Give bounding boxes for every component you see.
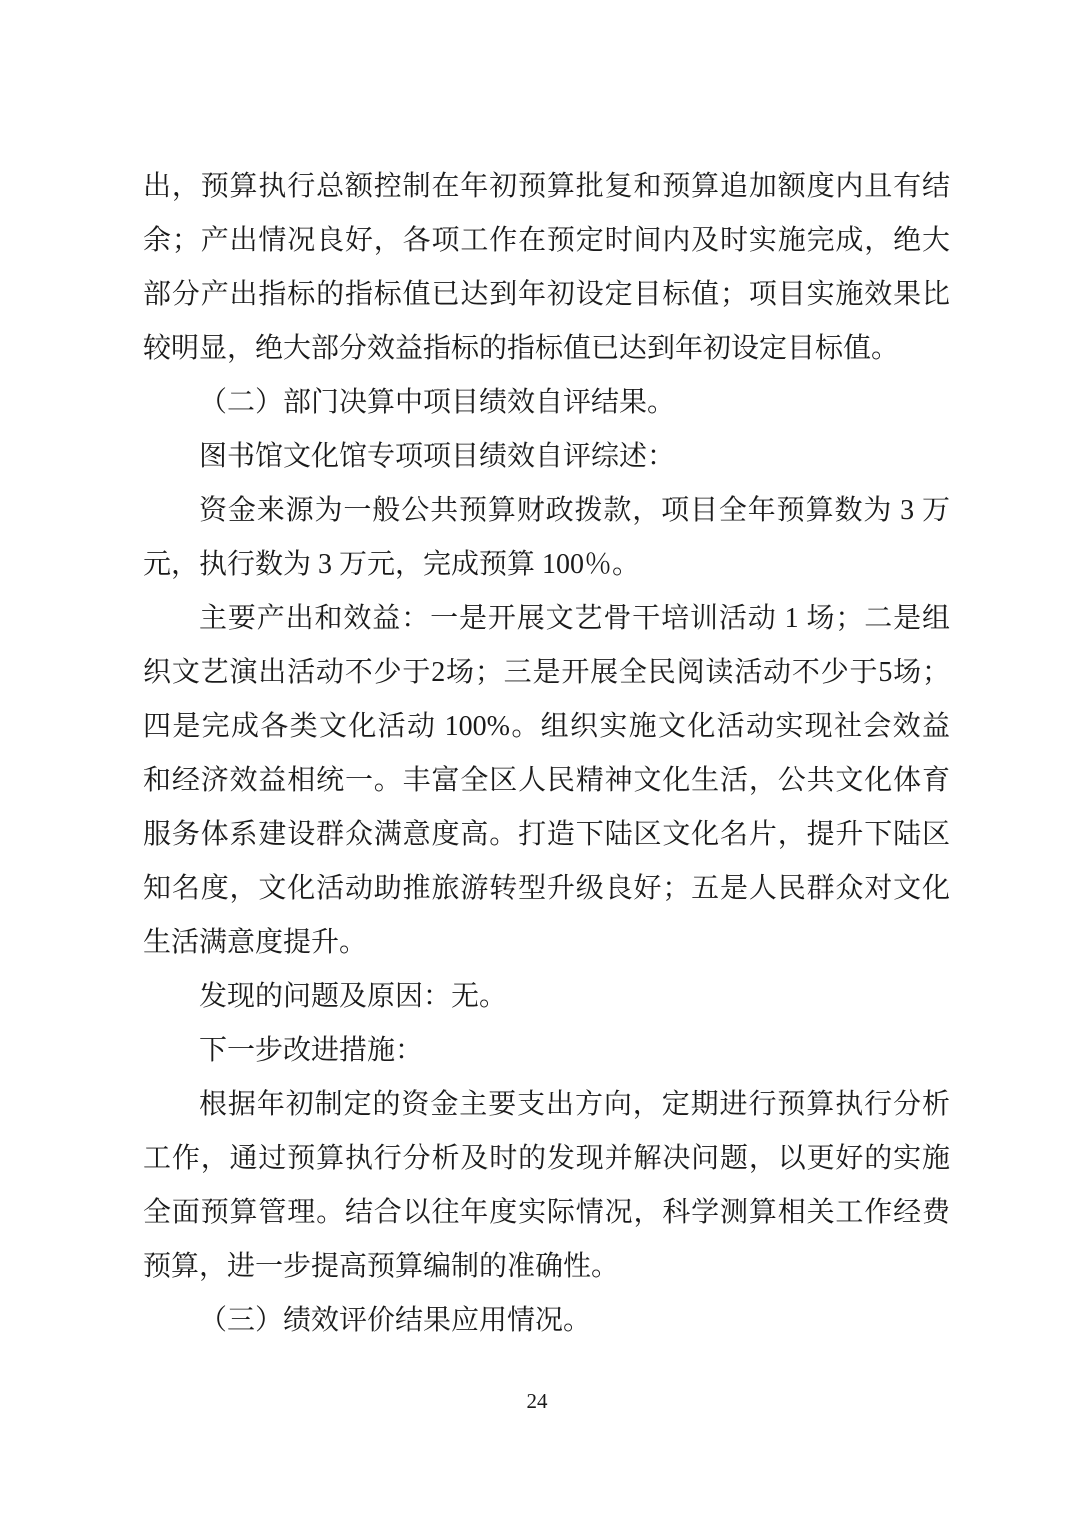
text-line: 出，预算执行总额控制在年初预算批复和预算追加额度内且有结 [143,160,950,214]
document-body: 出，预算执行总额控制在年初预算批复和预算追加额度内且有结余；产出情况良好，各项工… [143,160,950,1348]
text-line: 生活满意度提升。 [143,916,950,970]
text-line: 四是完成各类文化活动 100%。组织实施文化活动实现社会效益 [143,700,950,754]
text-line: 部分产出指标的指标值已达到年初设定目标值；项目实施效果比 [143,268,950,322]
text-line: 元，执行数为 3 万元，完成预算 100％。 [143,538,950,592]
text-line: 图书馆文化馆专项项目绩效自评综述： [143,430,950,484]
text-line: （二）部门决算中项目绩效自评结果。 [143,376,950,430]
text-line: 服务体系建设群众满意度高。打造下陆区文化名片，提升下陆区 [143,808,950,862]
text-line: 知名度，文化活动助推旅游转型升级良好；五是人民群众对文化 [143,862,950,916]
text-line: 预算，进一步提高预算编制的准确性。 [143,1240,950,1294]
document-page: 出，预算执行总额控制在年初预算批复和预算追加额度内且有结余；产出情况良好，各项工… [0,0,1074,1520]
text-line: 下一步改进措施： [143,1024,950,1078]
text-line: 余；产出情况良好，各项工作在预定时间内及时实施完成，绝大 [143,214,950,268]
text-line: 资金来源为一般公共预算财政拨款，项目全年预算数为 3 万 [143,484,950,538]
text-line: 工作，通过预算执行分析及时的发现并解决问题，以更好的实施 [143,1132,950,1186]
text-line: 根据年初制定的资金主要支出方向，定期进行预算执行分析 [143,1078,950,1132]
text-line: 较明显，绝大部分效益指标的指标值已达到年初设定目标值。 [143,322,950,376]
text-line: （三）绩效评价结果应用情况。 [143,1294,950,1348]
text-line: 织文艺演出活动不少于2场；三是开展全民阅读活动不少于5场； [143,646,950,700]
page-number: 24 [0,1388,1074,1414]
text-line: 和经济效益相统一。丰富全区人民精神文化生活，公共文化体育 [143,754,950,808]
text-line: 发现的问题及原因：无。 [143,970,950,1024]
text-line: 全面预算管理。结合以往年度实际情况，科学测算相关工作经费 [143,1186,950,1240]
text-line: 主要产出和效益：一是开展文艺骨干培训活动 1 场；二是组 [143,592,950,646]
